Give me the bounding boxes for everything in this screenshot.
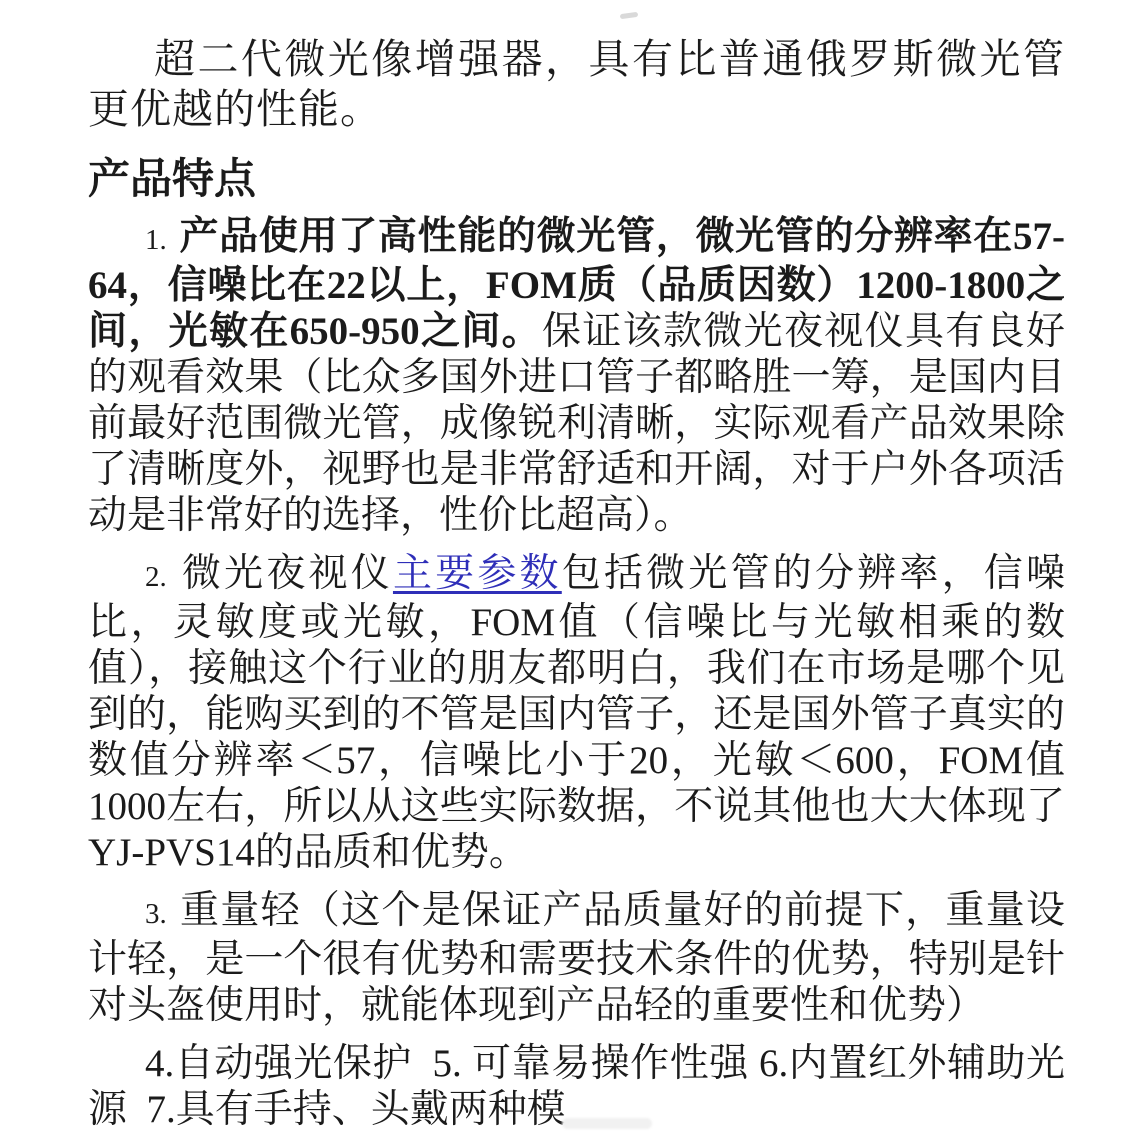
main-parameters-link[interactable]: 主要参数 xyxy=(393,552,562,595)
feature-2-number: 2. xyxy=(145,561,167,593)
feature-paragraph-2: 2.微光夜视仪主要参数包括微光管的分辨率，信噪比，灵敏度或光敏，FOM值（信噪比… xyxy=(88,551,1065,876)
intro-paragraph: 超二代微光像增强器，具有比普通俄罗斯微光管更优越的性能。 xyxy=(88,34,1065,134)
feature-paragraph-4: 4.自动强光保护 5. 可靠易操作性强 6.内置红外辅助光源 7.具有手持、头戴… xyxy=(88,1041,1065,1133)
feature-3-number: 3. xyxy=(145,898,167,930)
document-page: 超二代微光像增强器，具有比普通俄罗斯微光管更优越的性能。 产品特点 1.产品使用… xyxy=(0,0,1147,1147)
document-content: 超二代微光像增强器，具有比普通俄罗斯微光管更优越的性能。 产品特点 1.产品使用… xyxy=(0,0,1147,1133)
section-heading: 产品特点 xyxy=(88,156,1065,202)
feature-3-text: 重量轻（这个是保证产品质量好的前提下，重量设计轻，是一个很有优势和需要技术条件的… xyxy=(88,889,1065,1027)
feature-2-post-link-text: 包括微光管的分辨率，信噪比，灵敏度或光敏，FOM值（信噪比与光敏相乘的数值），接… xyxy=(88,552,1065,874)
feature-paragraph-3: 3.重量轻（这个是保证产品质量好的前提下，重量设计轻，是一个很有优势和需要技术条… xyxy=(88,888,1065,1029)
feature-1-number: 1. xyxy=(145,224,167,256)
feature-2-pre-link-text: 微光夜视仪 xyxy=(179,552,393,595)
feature-paragraph-1: 1.产品使用了高性能的微光管，微光管的分辨率在57-64，信噪比在22以上，FO… xyxy=(88,214,1065,539)
